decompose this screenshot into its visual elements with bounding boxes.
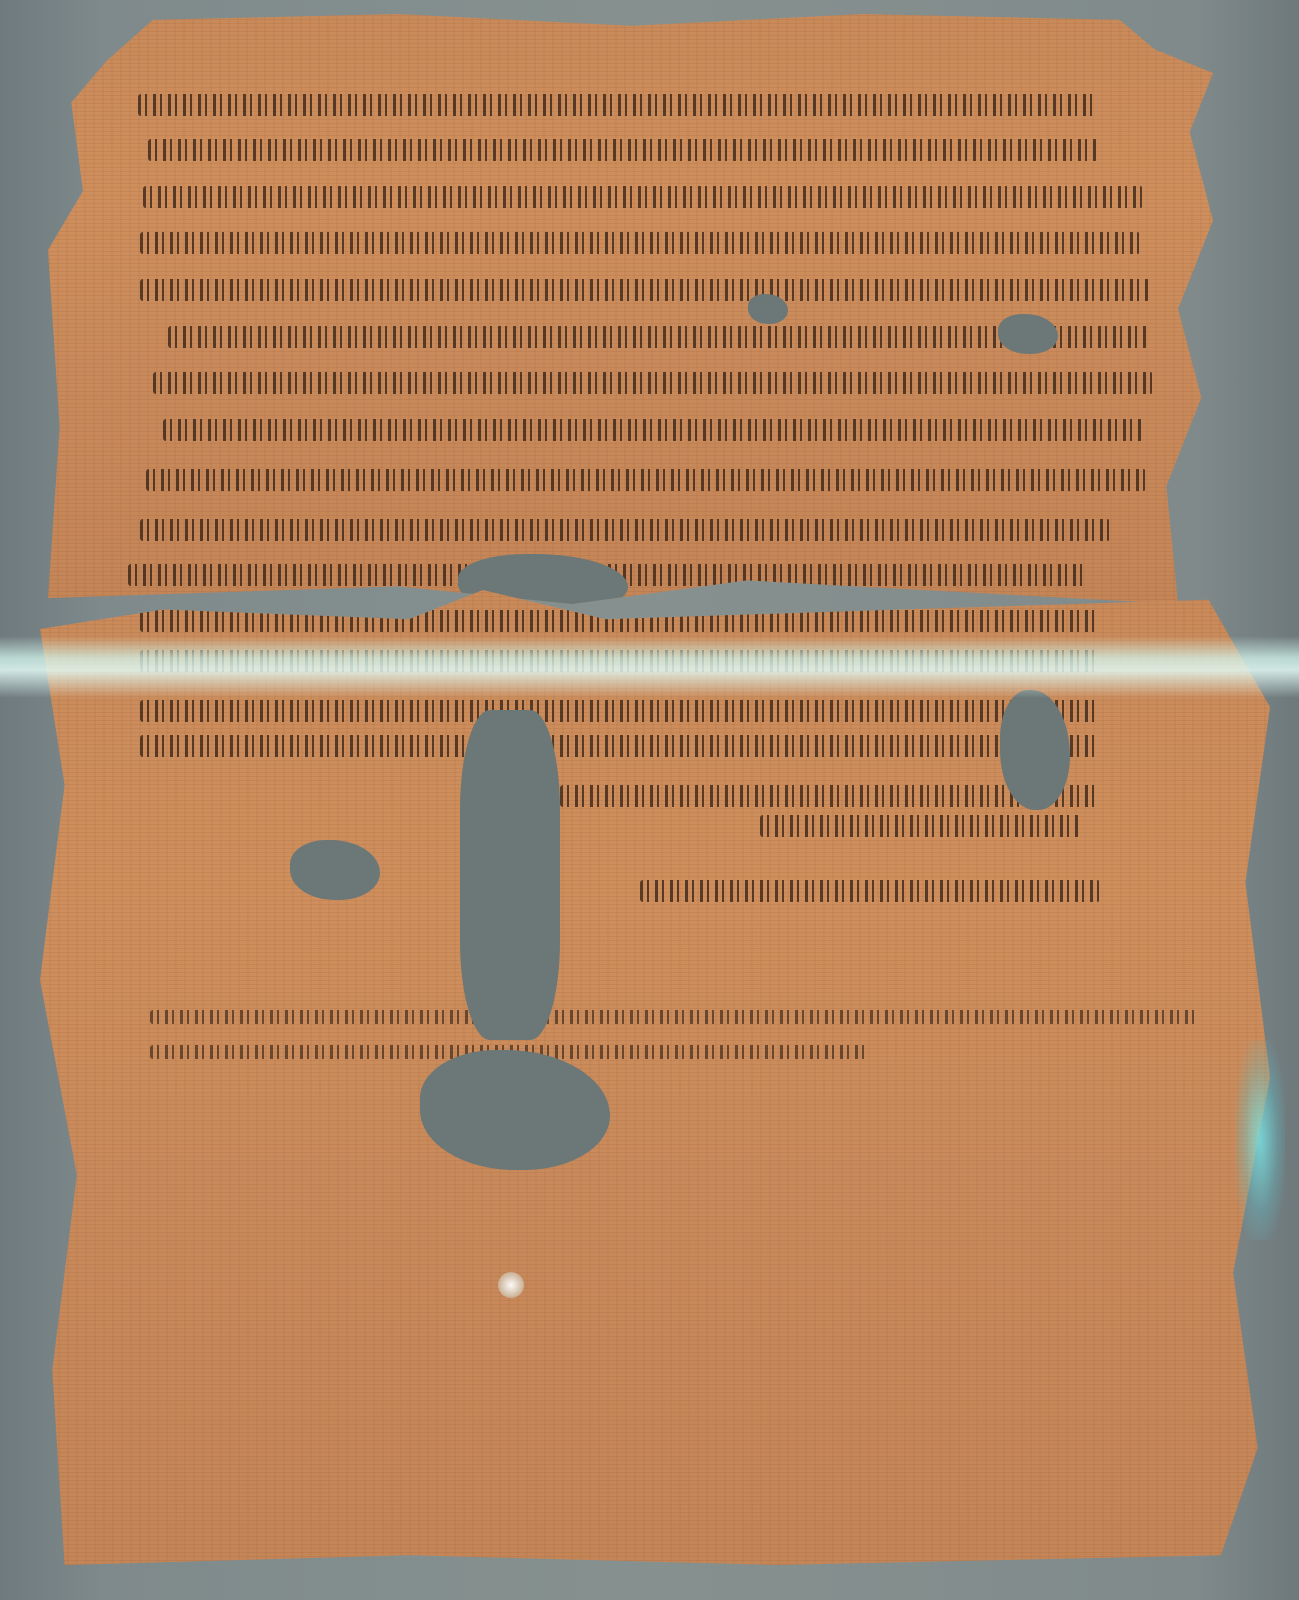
- demotic-text-line: [140, 700, 1100, 722]
- demotic-text-line: [140, 519, 1110, 541]
- demotic-text-line: [163, 419, 1143, 441]
- demotic-text-line: [760, 815, 1080, 837]
- papyrus-hole: [420, 1050, 610, 1170]
- demotic-text-line: [153, 372, 1153, 394]
- demotic-text-line: [140, 735, 1100, 757]
- demotic-text-line: [146, 469, 1146, 491]
- papyrus-upper-fragment: [48, 14, 1213, 604]
- papyrus-lower-fragment: [40, 590, 1270, 1565]
- demotic-text-line: [140, 232, 1140, 254]
- demotic-text-line: [148, 139, 1098, 161]
- light-spot: [498, 1272, 524, 1298]
- papyrus-hole: [998, 314, 1058, 354]
- demotic-text-line: [140, 279, 1150, 301]
- demotic-text-line: [140, 610, 1100, 632]
- papyrus-hole: [748, 294, 788, 324]
- light-reflection: [1235, 1040, 1285, 1240]
- demotic-text-line: [138, 94, 1098, 116]
- demotic-text-line: [143, 186, 1143, 208]
- greek-text-line: [150, 1010, 1200, 1024]
- demotic-text-line: [640, 880, 1100, 902]
- papyrus-tear: [460, 710, 560, 1040]
- glass-glare: [0, 636, 1299, 698]
- papyrus-hole: [290, 840, 380, 900]
- display-case-background: Papyrus sheet with ~15 lines of Demotic …: [0, 0, 1299, 1600]
